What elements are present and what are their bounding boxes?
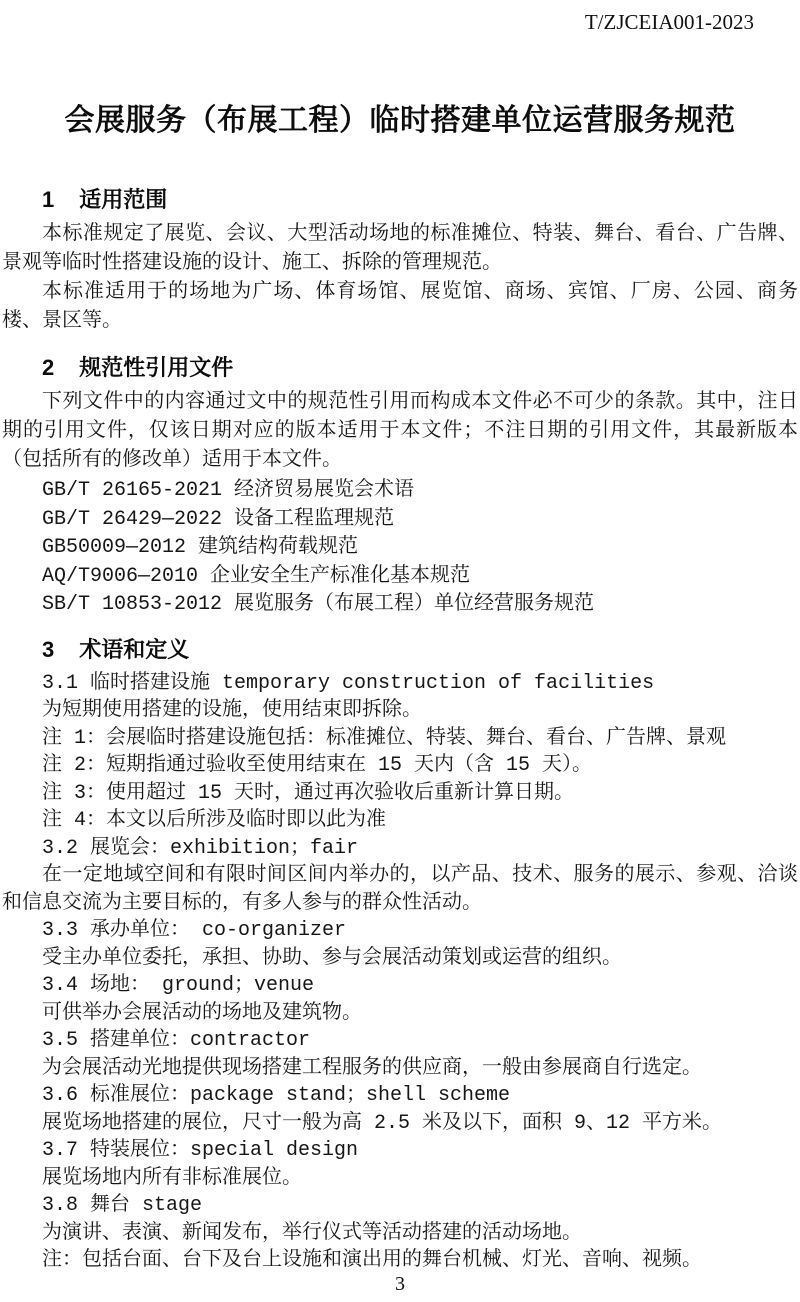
section-3-title: 术语和定义 — [79, 637, 189, 662]
term-line: 3.4 场地： ground；venue — [2, 972, 798, 1000]
section-2-number: 2 — [42, 354, 54, 382]
section-normative-references: 2规范性引用文件 下列文件中的内容通过文中的规范性引用而构成本文件必不可少的条款… — [2, 354, 798, 620]
term-line: 注：包括台面、台下及台上设施和演出用的舞台机械、灯光、音响、视频。 — [2, 1247, 798, 1275]
reference-item: GB/T 26429—2022 设备工程监理规范 — [2, 506, 798, 535]
term-line: 展览场地内所有非标准展位。 — [2, 1165, 798, 1193]
section-1-number: 1 — [42, 186, 54, 214]
term-line: 3.5 搭建单位：contractor — [2, 1027, 798, 1055]
section-2-title: 规范性引用文件 — [79, 355, 233, 380]
doc-number: T/ZJCEIA001-2023 — [2, 0, 798, 34]
document-page: T/ZJCEIA001-2023 会展服务（布展工程）临时搭建单位运营服务规范 … — [0, 0, 800, 1302]
section-scope: 1适用范围 本标准规定了展览、会议、大型活动场地的标准摊位、特装、舞台、看台、广… — [2, 186, 798, 336]
term-line: 为会展活动光地提供现场搭建工程服务的供应商，一般由参展商自行选定。 — [2, 1055, 798, 1083]
term-line: 3.8 舞台 stage — [2, 1192, 798, 1220]
term-line: 为演讲、表演、新闻发布，举行仪式等活动搭建的活动场地。 — [2, 1220, 798, 1248]
term-line: 展览场地搭建的展位，尺寸一般为高 2.5 米及以下，面积 9、12 平方米。 — [2, 1110, 798, 1138]
reference-item: GB50009—2012 建筑结构荷载规范 — [2, 534, 798, 563]
term-line: 3.3 承办单位： co-organizer — [2, 917, 798, 945]
section-3-number: 3 — [42, 636, 54, 664]
reference-list: GB/T 26165-2021 经济贸易展览会术语 GB/T 26429—202… — [2, 477, 798, 620]
term-line: 注 2：短期指通过验收至使用结束在 15 天内（含 15 天）。 — [2, 752, 798, 780]
page-title: 会展服务（布展工程）临时搭建单位运营服务规范 — [2, 100, 798, 142]
page-number: 3 — [0, 1273, 800, 1296]
term-line: 受主办单位委托，承担、协助、参与会展活动策划或运营的组织。 — [2, 945, 798, 973]
term-line: 3.7 特装展位：special design — [2, 1137, 798, 1165]
section-1-title: 适用范围 — [79, 187, 167, 212]
section-1-heading: 1适用范围 — [2, 186, 798, 214]
reference-item: GB/T 26165-2021 经济贸易展览会术语 — [2, 477, 798, 506]
term-line: 可供举办会展活动的场地及建筑物。 — [2, 1000, 798, 1028]
term-line: 注 1：会展临时搭建设施包括：标准摊位、特装、舞台、看台、广告牌、景观 — [2, 725, 798, 753]
term-line: 3.2 展览会：exhibition；fair — [2, 835, 798, 863]
term-line: 注 3：使用超过 15 天时，通过再次验收后重新计算日期。 — [2, 780, 798, 808]
section-3-heading: 3术语和定义 — [2, 636, 798, 664]
term-line: 3.6 标准展位：package stand；shell scheme — [2, 1082, 798, 1110]
reference-item: SB/T 10853-2012 展览服务（布展工程）单位经营服务规范 — [2, 591, 798, 620]
term-line: 在一定地域空间和有限时间区间内举办的，以产品、技术、服务的展示、参观、洽谈和信息… — [2, 862, 798, 917]
term-list: 3.1 临时搭建设施 temporary construction of fac… — [2, 670, 798, 1275]
term-line: 为短期使用搭建的设施，使用结束即拆除。 — [2, 697, 798, 725]
reference-item: AQ/T9006—2010 企业安全生产标准化基本规范 — [2, 563, 798, 592]
section-terms-definitions: 3术语和定义 3.1 临时搭建设施 temporary construction… — [2, 636, 798, 1275]
term-line: 3.1 临时搭建设施 temporary construction of fac… — [2, 670, 798, 698]
term-line: 注 4：本文以后所涉及临时即以此为准 — [2, 807, 798, 835]
paragraph: 本标准适用于的场地为广场、体育场馆、展览馆、商场、宾馆、厂房、公园、商务楼、景区… — [2, 278, 798, 336]
section-2-heading: 2规范性引用文件 — [2, 354, 798, 382]
paragraph: 本标准规定了展览、会议、大型活动场地的标准摊位、特装、舞台、看台、广告牌、景观等… — [2, 220, 798, 278]
paragraph: 下列文件中的内容通过文中的规范性引用而构成本文件必不可少的条款。其中，注日期的引… — [2, 388, 798, 475]
